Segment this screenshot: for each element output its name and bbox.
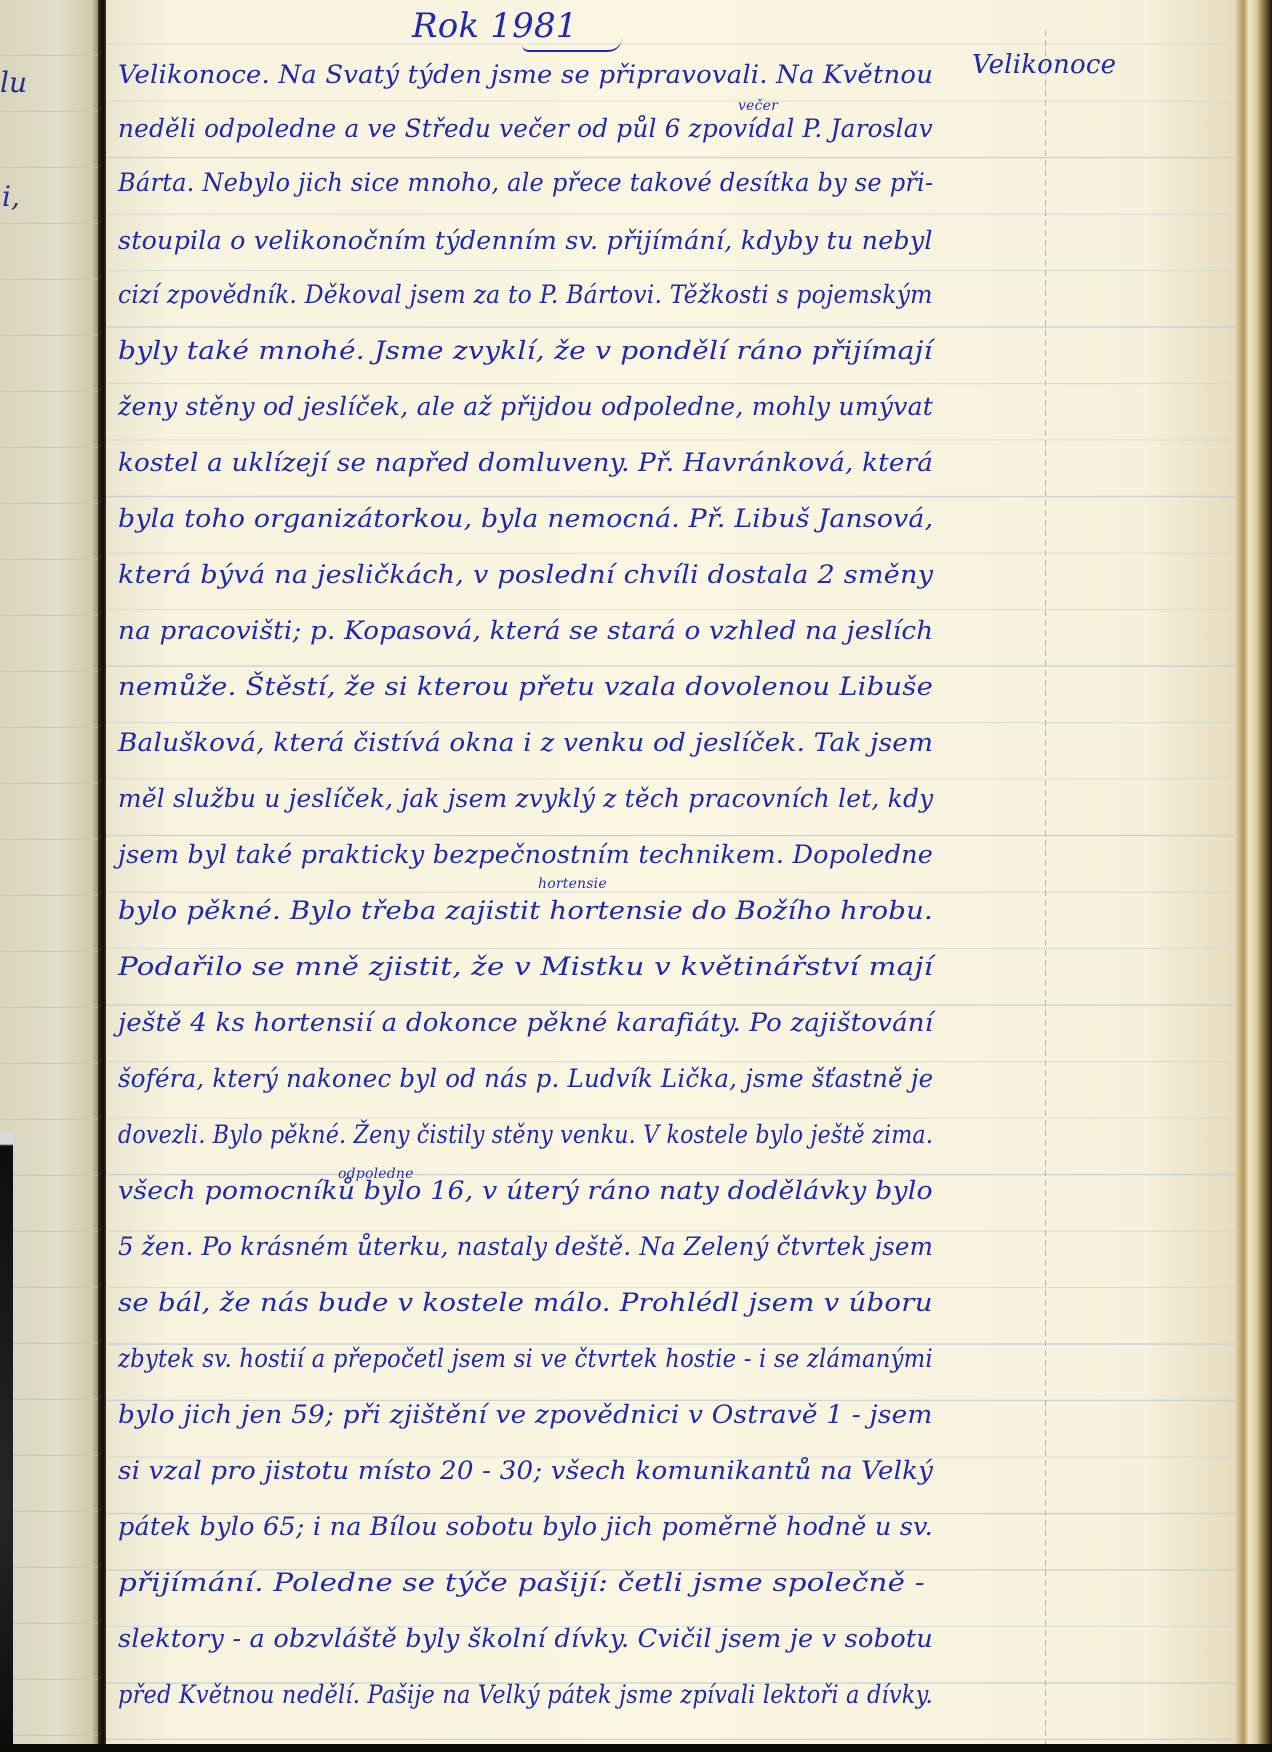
text-line: šoféra, který nakonec byl od nás p. Ludv… [118,1064,933,1094]
ruled-lines [0,0,104,1752]
book-edge [1234,0,1272,1752]
ruled-lines [106,0,1234,1752]
margin-note: Velikonoce [972,50,1116,80]
interlinear-insertion: večer [738,98,778,114]
text-line: všech pomocníků bylo 16, v úterý ráno na… [118,1176,933,1206]
text-line: Podařilo se mně zjistit, že v Mistku v k… [118,952,933,982]
interlinear-insertion: hortensie [538,876,607,892]
text-line: Velikonoce. Na Svatý týden jsme se připr… [118,60,933,90]
previous-page-edge: lu i, [0,0,104,1752]
text-line: neděli odpoledne a ve Středu večer od pů… [118,114,933,144]
text-line: ženy stěny od jeslíček, ale až přijdou o… [118,392,933,422]
text-line: měl službu u jeslíček, jak jsem zvyklý z… [118,784,933,814]
text-line: byla toho organizátorkou, byla nemocná. … [118,504,933,534]
text-line: před Květnou nedělí. Pašije na Velký pát… [118,1680,933,1710]
heading-underline [522,38,622,52]
text-line: 5 žen. Po krásném ůterku, nastaly deště.… [118,1232,933,1262]
chronicle-page [106,0,1234,1752]
text-line: přijímání. Poledne se týče pašijí: četli… [118,1568,925,1598]
margin-rule [1045,30,1046,1750]
left-page-fragment: i, [2,180,20,213]
text-line: cizí zpovědník. Děkoval jsem za to P. Bá… [118,280,933,310]
text-line: si vzal pro jistotu místo 20 - 30; všech… [118,1456,933,1486]
text-line: dovezli. Bylo pěkné. Ženy čistily stěny … [118,1120,933,1150]
photo-corner [0,1132,13,1752]
text-line: se bál, že nás bude v kostele málo. Proh… [118,1288,933,1318]
text-line: stoupila o velikonočním týdenním sv. při… [118,226,933,256]
text-line: kostel a uklízejí se napřed domluveny. P… [118,448,933,478]
text-line: bylo pěkné. Bylo třeba zajistit hortensi… [118,896,933,926]
text-line: slektory - a obzvláště byly školní dívky… [118,1624,933,1654]
interlinear-insertion: odpoledne [338,1166,414,1182]
text-line: ještě 4 ks hortensií a dokonce pěkné kar… [118,1008,933,1038]
text-line: na pracovišti; p. Kopasová, která se sta… [118,616,933,646]
text-line: zbytek sv. hostií a přepočetl jsem si ve… [118,1344,933,1374]
text-line: nemůže. Štěstí, že si kterou přetu vzala… [118,672,933,702]
text-line: bylo jich jen 59; při zjištění ve zpověd… [118,1400,933,1430]
text-line: která bývá na jesličkách, v poslední chv… [118,560,933,590]
text-line: Bárta. Nebylo jich sice mnoho, ale přece… [118,168,933,198]
text-line: Balušková, která čistívá okna i z venku … [118,728,933,758]
text-line: byly také mnohé. Jsme zvyklí, že v pondě… [118,336,933,366]
left-page-fragment: lu [0,66,27,99]
text-line: pátek bylo 65; i na Bílou sobotu bylo ji… [118,1512,933,1542]
scan-bottom-edge [0,1744,1272,1752]
text-line: jsem byl také prakticky bezpečnostním te… [118,840,933,870]
